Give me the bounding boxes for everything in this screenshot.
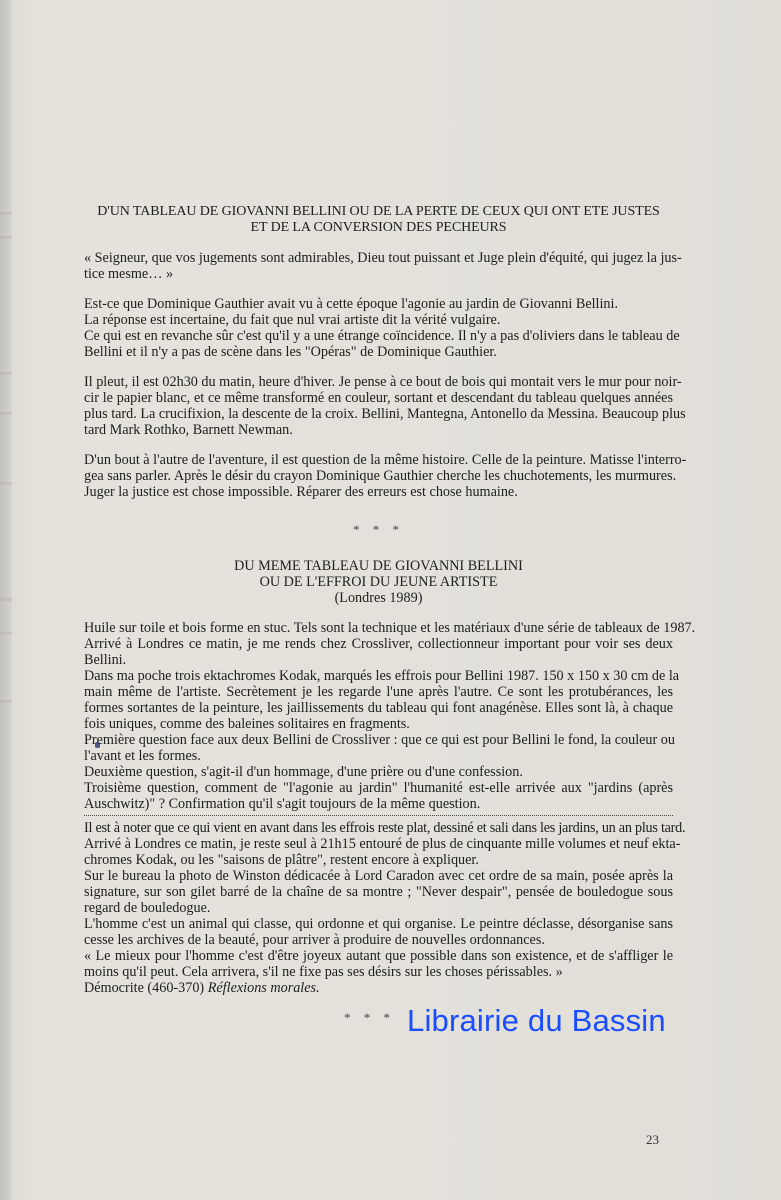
section-2-subtitle: (Londres 1989) [84,590,673,606]
paragraph-3-line-1: D'un bout à l'autre de l'aventure, il es… [84,452,673,468]
block-2-line-9: « Le mieux pour l'homme c'est d'être joy… [84,948,673,964]
block-1-line-10: Deuxième question, s'agit-il d'un hommag… [84,764,523,780]
paragraph-3-line-3: Juger la justice est chose impossible. R… [84,484,518,500]
paragraph-1-line-3: Ce qui est en revanche sûr c'est qu'il y… [84,328,673,344]
block-2-line-8: cesse les archives de la beauté, pour ar… [84,932,545,948]
block-1-line-12: Auschwitz)" ? Confirmation qu'il s'agit … [84,796,480,812]
page-number: 23 [646,1132,659,1148]
block-1-line-9: l'avant et les formes. [84,748,201,764]
citation-work: Réflexions morales. [208,980,320,996]
show-through-text [0,372,12,375]
citation-author: Démocrite (460-370) [84,980,208,996]
block-1-line-2: Arrivé à Londres ce matin, je me rends c… [84,636,673,652]
section-1-title-line-2: ET DE LA CONVERSION DES PECHEURS [84,220,673,236]
section-2-title-line-2: OU DE L'EFFROI DU JEUNE ARTISTE [84,574,673,590]
block-1-line-3: Bellini. [84,652,126,668]
block-2-line-2: Arrivé à Londres ce matin, je reste seul… [84,836,673,852]
separator-stars-1: * * * [84,522,673,538]
block-2-line-5: signature, sur son gilet barré de la cha… [84,884,673,900]
epigraph-line-1: « Seigneur, que vos jugements sont admir… [84,250,673,266]
block-2-line-1: Il est à noter que ce qui vient en avant… [84,820,685,836]
paragraph-1-line-2: La réponse est incertaine, du fait que n… [84,312,500,328]
dotted-divider [84,815,673,816]
block-1-line-6: formes sortantes de la peinture, les jai… [84,700,673,716]
show-through-text [0,412,12,415]
block-1-line-5: main même de l'artiste. Secrètement je l… [84,684,673,700]
block-2-line-6: regard de bouledogue. [84,900,210,916]
paragraph-2-line-4: tard Mark Rothko, Barnett Newman. [84,422,293,438]
block-1-line-8: Première question face aux deux Bellini … [84,732,673,748]
section-2-title-line-1: DU MEME TABLEAU DE GIOVANNI BELLINI [84,558,673,574]
block-2-line-4: Sur le bureau la photo de Winston dédica… [84,868,673,884]
block-2-line-10: moins qu'il peut. Cela arrivera, s'il ne… [84,964,563,980]
block-2-line-3: chromes Kodak, ou les "saisons de plâtre… [84,852,479,868]
show-through-text [0,598,12,601]
block-1-line-1: Huile sur toile et bois forme en stuc. T… [84,620,673,636]
block-1-line-4: Dans ma poche trois ektachromes Kodak, m… [84,668,673,684]
paragraph-2-line-2: cir le papier blanc, et ce même transfor… [84,390,673,406]
paragraph-1-line-4: Bellini et il n'y a pas de scène dans le… [84,344,497,360]
watermark-librairie: Librairie du Bassin [407,1003,666,1039]
paragraph-1-line-1: Est-ce que Dominique Gauthier avait vu à… [84,296,618,312]
paragraph-2-line-1: Il pleut, il est 02h30 du matin, heure d… [84,374,673,390]
ink-mark [95,742,100,748]
show-through-text [0,700,12,703]
separator-stars-2: * * * [344,1010,395,1026]
show-through-text [0,212,12,215]
show-through-text [0,236,12,239]
block-1-line-7: fois uniques, comme des baleines solitai… [84,716,410,732]
section-1-title-line-1: D'UN TABLEAU DE GIOVANNI BELLINI OU DE L… [84,204,673,220]
citation: Démocrite (460-370) Réflexions morales. [84,980,320,996]
show-through-text [0,482,12,485]
epigraph-line-2: tice mesme… » [84,266,173,282]
show-through-text [0,632,12,635]
block-1-line-11: Troisième question, comment de "l'agonie… [84,780,673,796]
block-2-line-7: L'homme c'est un animal qui classe, qui … [84,916,673,932]
paragraph-2-line-3: plus tard. La crucifixion, la descente d… [84,406,673,422]
paragraph-3-line-2: gea sans parler. Après le désir du crayo… [84,468,673,484]
